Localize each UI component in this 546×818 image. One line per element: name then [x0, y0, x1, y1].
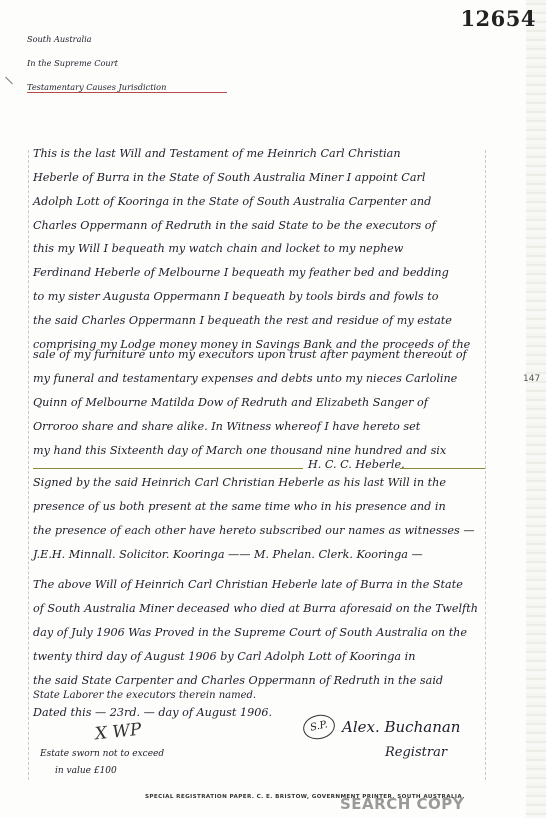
estate-value-note: Estate sworn not to exceed [40, 749, 164, 759]
will-line: my funeral and testamentary expenses and… [33, 372, 457, 385]
will-line: Quinn of Melbourne Matilda Dow of Redrut… [33, 396, 428, 409]
will-line: Charles Oppermann of Redruth in the said… [33, 219, 436, 232]
right-margin-rule [485, 150, 486, 780]
will-line: the said Charles Oppermann I bequeath th… [33, 314, 452, 327]
left-margin-rule [28, 150, 29, 780]
margin-note: 147 [523, 374, 540, 384]
witness-signatures: J.E.H. Minnall. Solicitor. Kooringa —— M… [33, 548, 423, 561]
signature-rule-right [400, 468, 485, 469]
testator-signature: H. C. C. Heberle. [308, 458, 405, 471]
dated-line: Dated this — 23rd. — day of August 1906. [33, 706, 272, 719]
registrar-initials: X WP [94, 720, 142, 745]
will-line: Heberle of Burra in the State of South A… [33, 171, 425, 184]
will-line: sale of my furniture unto my executors u… [33, 348, 467, 361]
probate-line: the said State Carpenter and Charles Opp… [33, 674, 443, 687]
probate-line: twenty third day of August 1906 by Carl … [33, 650, 415, 663]
will-line: Adolph Lott of Kooringa in the State of … [33, 195, 431, 208]
header-court: In the Supreme Court [27, 58, 118, 68]
registrar-signature: Alex. Buchanan [342, 718, 460, 736]
attestation-line: the presence of each other have hereto s… [33, 524, 475, 537]
will-line: my hand this Sixteenth day of March one … [33, 444, 446, 457]
probate-line: day of July 1906 Was Proved in the Supre… [33, 626, 467, 639]
registrar-title: Registrar [385, 745, 447, 760]
attestation-line: Signed by the said Heinrich Carl Christi… [33, 476, 446, 489]
will-line: Ferdinand Heberle of Melbourne I bequeat… [33, 266, 449, 279]
probate-line: of South Australia Miner deceased who di… [33, 602, 478, 615]
scan-edge-noise [526, 0, 546, 818]
header-jurisdiction: Testamentary Causes Jurisdiction [27, 82, 227, 93]
attestation-line: presence of us both present at the same … [33, 500, 446, 513]
document-number: 12654 [460, 6, 536, 31]
header-jurisdiction-state: South Australia [27, 34, 92, 44]
will-line: This is the last Will and Testament of m… [33, 147, 401, 160]
court-seal: S.P. [301, 712, 337, 742]
probate-line: State Laborer the executors therein name… [33, 690, 256, 701]
search-copy-stamp: SEARCH COPY [340, 795, 464, 813]
signature-rule-left [33, 468, 303, 469]
will-line: Orroroo share and share alike. In Witnes… [33, 420, 420, 433]
estate-value-note: in value £100 [55, 766, 117, 776]
corner-mark [5, 77, 13, 85]
will-line: this my Will I bequeath my watch chain a… [33, 242, 403, 255]
probate-line: The above Will of Heinrich Carl Christia… [33, 578, 463, 591]
will-line: to my sister Augusta Oppermann I bequeat… [33, 290, 438, 303]
